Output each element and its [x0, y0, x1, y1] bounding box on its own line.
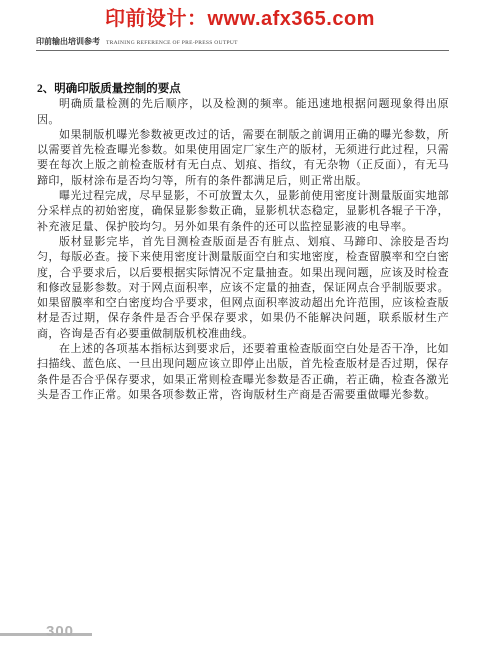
body-text: 2、明确印版质量控制的要点 明确质量检测的先后顺序，以及检测的频率。能迅速地根据…	[37, 82, 449, 403]
paragraph: 版材显影完毕，首先目测检查版面是否有脏点、划痕、马蹄印、涂胶是否均匀，每版必查。…	[37, 235, 449, 342]
section-heading: 2、明确印版质量控制的要点	[37, 82, 449, 97]
paragraph: 如果制版机曝光参数被更改过的话，需要在制版之前调用正确的曝光参数，所以需要首先检…	[37, 128, 449, 189]
paragraph: 明确质量检测的先后顺序，以及检测的频率。能迅速地根据问题现象得出原因。	[37, 97, 449, 128]
document-page: 印前设计：www.afx365.com 印前输出培训参考 TRAINING RE…	[0, 0, 480, 651]
journal-title-en: TRAINING REFERENCE OF PRE-PRESS OUTPUT	[106, 40, 238, 46]
paragraph: 曝光过程完成，尽早显影，不可放置太久，显影前使用密度计测量版面实地部分采样点的初…	[37, 189, 449, 235]
promo-banner: 印前设计：www.afx365.com	[0, 2, 480, 31]
page-number: 300	[46, 623, 74, 640]
page-footer: 300	[0, 623, 110, 641]
paragraph: 在上述的各项基本指标达到要求后，还要着重检查版面空白处是否干净，比如扫描线、蓝色…	[37, 342, 449, 403]
journal-title-cn: 印前输出培训参考	[36, 36, 100, 47]
page-header: 印前输出培训参考 TRAINING REFERENCE OF PRE-PRESS…	[36, 36, 449, 51]
